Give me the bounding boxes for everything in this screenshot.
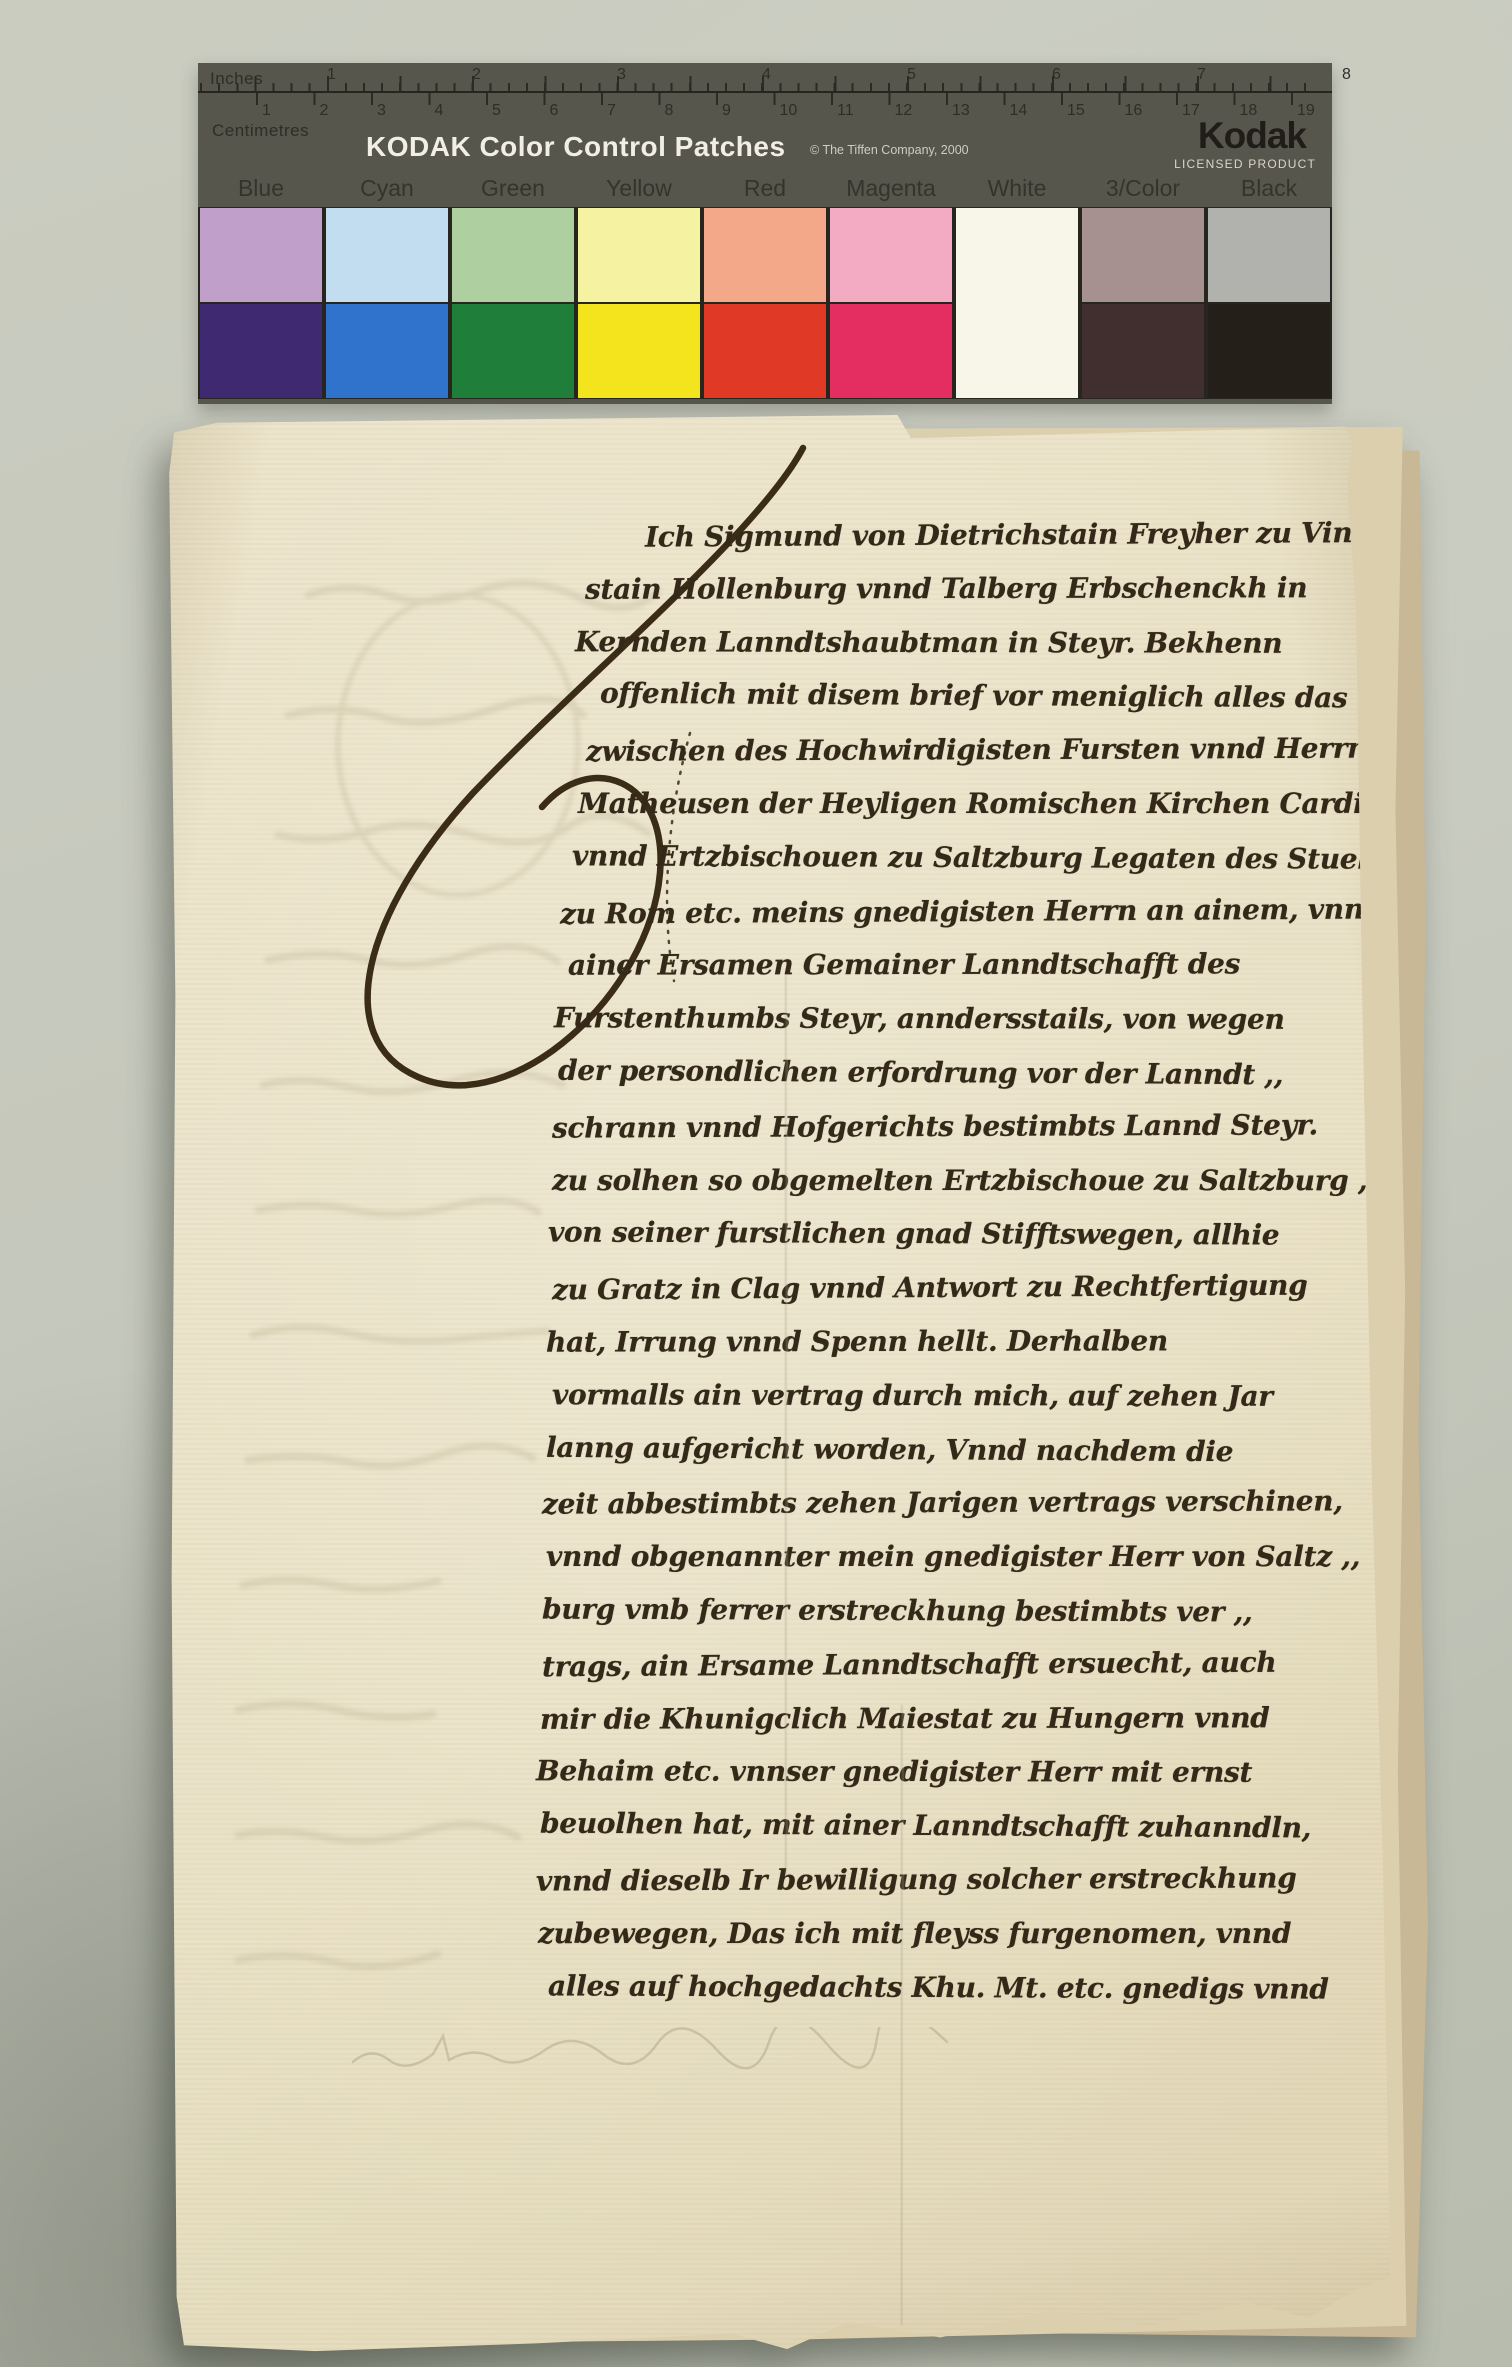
color-patch	[1082, 304, 1204, 398]
manuscript-line: vormalls ain vertrag durch mich, auf zeh…	[552, 1378, 1273, 1413]
manuscript-line: Furstenthumbs Steyr, anndersstails, von …	[554, 1001, 1285, 1036]
patch-label: Red	[702, 175, 828, 205]
faint-pencil-inscription	[348, 2027, 968, 2087]
color-patch	[1208, 208, 1330, 302]
manuscript-line: beuolhen hat, mit ainer Lanndtschafft zu…	[540, 1807, 1311, 1845]
color-patch	[452, 304, 574, 398]
manuscript-line: hat, Irrung vnnd Spenn hellt. Derhalben	[546, 1324, 1168, 1358]
color-patch	[830, 304, 952, 398]
ruler-centimetres: 12345678910111213141516171819	[198, 93, 1332, 121]
color-patch	[956, 208, 1078, 398]
color-patch-column	[578, 208, 700, 398]
cm-number: 1	[262, 102, 271, 120]
manuscript-line: zeit abbestimbts zehen Jarigen vertrags …	[542, 1485, 1343, 1521]
color-patch-column	[1082, 208, 1204, 398]
inch-number: 7	[1197, 66, 1206, 84]
manuscript-document: Ich Sigmund von Dietrichstain Freyher zu…	[168, 415, 1436, 2365]
inch-number: 8	[1342, 66, 1351, 84]
color-patch	[704, 304, 826, 398]
copyright-text: © The Tiffen Company, 2000	[810, 143, 969, 157]
cm-number: 13	[952, 102, 970, 120]
manuscript-line: alles auf hochgedachts Khu. Mt. etc. gne…	[548, 1969, 1329, 2005]
kodak-color-target: Inches 12345678 123456789101112131415161…	[198, 63, 1332, 404]
color-patch	[326, 304, 448, 398]
inch-number: 2	[472, 66, 481, 84]
color-patch	[326, 208, 448, 302]
ruler-centimetres-label: Centimetres	[212, 121, 309, 141]
color-patch-column	[1208, 208, 1330, 398]
manuscript-line: von seiner furstlichen gnad Stifftswegen…	[548, 1216, 1280, 1252]
manuscript-line: schrann vnnd Hofgerichts bestimbts Lannd…	[552, 1108, 1318, 1144]
patch-label: Green	[450, 175, 576, 205]
manuscript-line: vnnd dieselb Ir bewilligung solcher erst…	[536, 1861, 1297, 1897]
cm-number: 2	[320, 102, 329, 120]
inch-number: 6	[1052, 66, 1061, 84]
manuscript-line: burg vmb ferrer erstreckhung bestimbts v…	[542, 1593, 1253, 1629]
manuscript-line: Behaim etc. vnnser gnedigister Herr mit …	[536, 1755, 1252, 1789]
color-patch	[452, 208, 574, 302]
color-patch	[830, 208, 952, 302]
cm-number: 14	[1010, 102, 1028, 120]
patch-label: Black	[1206, 175, 1332, 205]
manuscript-line: zu Rom etc. meins gnedigisten Herrn an a…	[560, 892, 1383, 930]
manuscript-line: der persondlichen erfordrung vor der Lan…	[558, 1054, 1283, 1092]
inch-number: 1	[327, 66, 336, 84]
cm-number: 9	[722, 102, 731, 120]
color-patch	[1082, 208, 1204, 302]
color-patch-column	[704, 208, 826, 398]
cm-number: 8	[665, 102, 674, 120]
manuscript-line: Kernden Lanndtshaubtman in Steyr. Bekhen…	[575, 625, 1282, 659]
cm-number: 7	[607, 102, 616, 120]
manuscript-line: zu solhen so obgemelten Ertzbischoue zu …	[552, 1164, 1406, 1197]
manuscript-line: lanng aufgericht worden, Vnnd nachdem di…	[546, 1430, 1233, 1467]
manuscript-page: Ich Sigmund von Dietrichstain Freyher zu…	[168, 415, 1394, 2355]
manuscript-line: zubewegen, Das ich mit fleyss furgenomen…	[538, 1917, 1291, 1950]
cm-number: 10	[780, 102, 798, 120]
cm-number: 4	[435, 102, 444, 120]
color-patch	[200, 304, 322, 398]
inch-number: 4	[762, 66, 771, 84]
color-patch-column	[956, 208, 1078, 398]
inch-number: 3	[617, 66, 626, 84]
patch-label: 3/Color	[1080, 175, 1206, 205]
manuscript-line: Matheusen der Heyligen Romischen Kirchen…	[578, 787, 1412, 820]
licensed-product-text: LICENSED PRODUCT	[1174, 157, 1316, 171]
manuscript-line: Ich Sigmund von Dietrichstain Freyher zu…	[645, 515, 1474, 553]
manuscript-line: trags, ain Ersame Lanndtschafft ersuecht…	[542, 1645, 1277, 1683]
manuscript-line: ainer Ersamen Gemainer Lanndtschafft des	[568, 948, 1240, 982]
cm-number: 15	[1067, 102, 1085, 120]
cm-number: 12	[895, 102, 913, 120]
patch-label: Magenta	[828, 175, 954, 205]
patch-label: Cyan	[324, 175, 450, 205]
color-patch	[200, 208, 322, 302]
ruler-inches: Inches 12345678	[198, 65, 1332, 93]
color-patch-column	[326, 208, 448, 398]
fold-crease	[901, 1705, 904, 2325]
manuscript-line: vnnd obgenannter mein gnedigister Herr v…	[546, 1540, 1360, 1573]
photo-background: Inches 12345678 123456789101112131415161…	[0, 0, 1512, 2367]
inch-number: 5	[907, 66, 916, 84]
patch-label: White	[954, 175, 1080, 205]
fold-crease	[785, 975, 788, 1875]
color-patch-column	[200, 208, 322, 398]
patch-label: Blue	[198, 175, 324, 205]
color-patch-column	[452, 208, 574, 398]
cm-number: 3	[377, 102, 386, 120]
patch-grid	[198, 207, 1332, 399]
patch-labels-row: BlueCyanGreenYellowRedMagentaWhite3/Colo…	[198, 175, 1332, 205]
cm-number: 11	[837, 102, 854, 120]
manuscript-line: zwischen des Hochwirdigisten Fursten vnn…	[586, 731, 1469, 768]
kodak-logo: Kodak	[1198, 115, 1306, 157]
manuscript-line: zu Gratz in Clag vnnd Antwort zu Rechtfe…	[552, 1269, 1308, 1307]
color-patch	[578, 304, 700, 398]
target-title: KODAK Color Control Patches	[366, 131, 786, 163]
cm-number: 6	[550, 102, 559, 120]
manuscript-line: vnnd Ertzbischouen zu Saltzburg Legaten …	[572, 839, 1383, 875]
color-patch	[1208, 304, 1330, 398]
manuscript-line: mir die Khunigclich Maiestat zu Hungern …	[540, 1701, 1270, 1736]
cm-number: 16	[1125, 102, 1143, 120]
manuscript-line: offenlich mit disem brief vor meniglich …	[600, 677, 1348, 715]
cm-number: 5	[492, 102, 501, 120]
color-patch	[578, 208, 700, 302]
manuscript-line: stain Hollenburg vnnd Talberg Erbschenck…	[585, 571, 1307, 606]
color-patch-column	[830, 208, 952, 398]
color-patch	[704, 208, 826, 302]
patch-label: Yellow	[576, 175, 702, 205]
